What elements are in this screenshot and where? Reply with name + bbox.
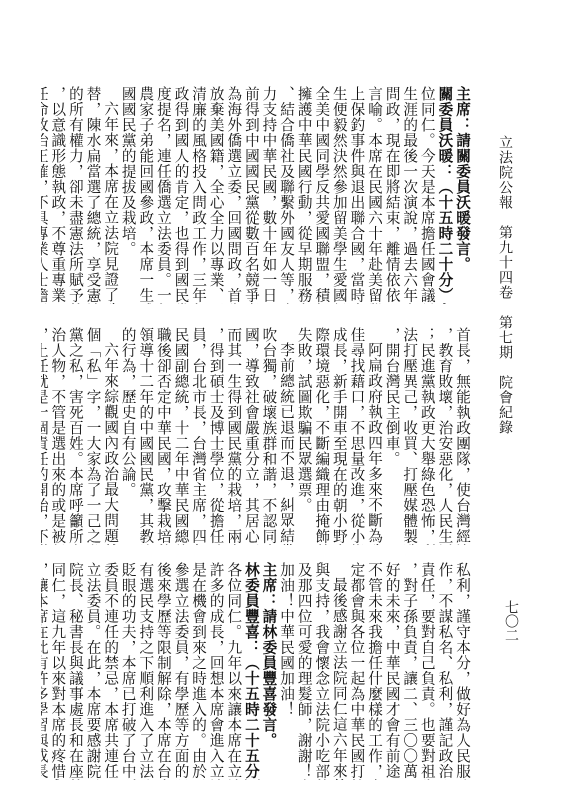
text-column: 阿扁政府執政四年多來不斷為政績不 (365, 327, 383, 545)
text-column: 國，導致社會嚴重分立，其居心可測。 (242, 327, 260, 545)
text-column: 個「私」字，一大家為了一己之私，一 (84, 327, 102, 545)
text-column: 前得到中國國民黨從數百名競爭者提名 (242, 86, 260, 304)
text-column: 清廉的風格投入問政工作，三年努力問 (190, 86, 208, 304)
text-column: 及那四位可愛的理髮師，謝謝！台灣！ (295, 562, 313, 780)
text-column: 黨之私，害死百姓。本席呼籲所有的政 (66, 327, 84, 545)
text-column: 不管未來我擔任什麼樣的工作，本席一 (365, 562, 383, 780)
text-column: 的所有權力，卻未盡憲法所賦予的責任 (66, 86, 84, 304)
text-column: 度提名，連任僑選立法委員。一個僑生 (154, 86, 172, 304)
text-band-1: 主席：請關委員沃暖發言。關委員沃暖：（十五時二十分）主席、各位同仁。今天是本席擔… (41, 86, 471, 304)
speaker-line: 主席：請林委員豐喜發言。 (260, 562, 278, 780)
text-column: 許多的成長，回想本席會進入立法院， (207, 562, 225, 780)
text-column: ，以意識形態執政，不尊重專業，隨意 (49, 86, 67, 304)
text-column: 職後卻否定中華民國，攻擊栽培他及其 (154, 327, 172, 545)
text-column: 領導十二年的中國國民黨，其教壞子孫 (137, 327, 155, 545)
text-column: 失敗，試圖欺騙民眾選票。 (295, 327, 313, 545)
text-column: 、結合僑社及聯繫外國友人等，出錢出 (277, 86, 295, 304)
text-column: 上保釣事件與退出聯合國，當時身為僑 (348, 86, 366, 304)
text-column: 立法委員。在此，本席要感謝院長、副 (84, 562, 102, 780)
text-column: 責任，要對自己負責。也要對祖先負責 (418, 562, 436, 780)
text-column: 言喻。本席在民國六十年赴美留學時遇 (365, 86, 383, 304)
text-column: 好的未來，中華民國才會有前途。我想 (383, 562, 401, 780)
text-column: 員，台北市長，台灣省主席，四年中華 (190, 327, 208, 545)
text-column: 同仁，這九年以來對本席的疼惜與扶持 (49, 562, 67, 780)
text-column: 是在機會到來之時進入的。由於過去要 (190, 562, 208, 780)
text-column: 私利，謹守本分，做好為人民服務的工 (453, 562, 471, 780)
text-column: 農家子弟能回國參政，本席一生感謝中 (137, 86, 155, 304)
text-column: 民國副總統，十二年中華民國總統，退 (172, 327, 190, 545)
text-column: 生便毅然決然參加留美學生愛國組織與 (330, 86, 348, 304)
text-column: 最後感謝立法院同仁這六年來的合作 (330, 562, 348, 780)
text-column: 任命政治正確，不具專業人士擔任部會 (41, 86, 49, 304)
text-column: 而其一生得到國民黨的栽培，兩度留美 (225, 327, 243, 545)
text-column: 治人物，不管是選出來的或是被任命的 (49, 327, 67, 545)
text-column: ，對子孫負責，讓二、三〇〇萬同胞有 (401, 562, 419, 780)
page-number: 七〇二 (502, 600, 520, 642)
text-column: 法打壓異己，收買、打壓媒體製造議題 (401, 327, 419, 545)
text-column: 吹台獨，破壞族群和諧，不認同中華民 (260, 327, 278, 545)
text-column: 擁護中華民國行動，從早期服務留學生 (295, 86, 313, 304)
text-band-3: 私利，謹守本分，做好為人民服務的工作，不謀私名、私利，謹記政治人物的責任，要對自… (41, 562, 471, 780)
text-column: 六年來，本席在立法院見證了政黨輪 (102, 86, 120, 304)
speaker-line: 主席：請關委員沃暖發言。 (453, 86, 471, 304)
text-column: 國國民黨的提拔及栽培。 (119, 86, 137, 304)
text-column: 際環境惡化，不斷編織理由掩飾其執政 (313, 327, 331, 545)
text-column: 參選立法委員，有學歷等方面的限制， (172, 562, 190, 780)
text-column: 各位同仁。九年以來讓本席在立法院有 (225, 562, 243, 780)
text-column: ，得到碩士及博士學位，從擔任政務委 (207, 327, 225, 545)
text-column: ，上任就是一個責任的開始，不謀私名 (41, 327, 49, 545)
text-column: ，讓本席在此有許多學習與成長。九年 (41, 562, 49, 780)
text-column: ，教育敗壞，治安惡化，人民生活痛苦 (436, 327, 454, 545)
speaker-line: 關委員沃暖：（十五時二十分）主席、各 (436, 86, 454, 304)
text-column: 放棄美國籍，全心全力以專業、正義、 (207, 86, 225, 304)
text-column: 李前總統已退而不退，糾眾結黨，鼓 (277, 327, 295, 545)
text-column: 全美中國同學反共愛國聯盟，積極投入 (313, 86, 331, 304)
text-column: 問政，現在即將結束，離情依依，不可 (383, 86, 401, 304)
text-column: 位同仁。今天是本席擔任國會議員六年 (418, 86, 436, 304)
text-column: 後來學歷等限制解除，本席在台中縣所 (154, 562, 172, 780)
text-column: 加油！中華民國加油！ (277, 562, 295, 780)
text-column: 委員不連任的禁忌，本席共連任了三屆 (102, 562, 120, 780)
text-band-2: 首長，無能執政團隊，使台灣經濟沈淪，教育敗壞，治安惡化，人民生活痛苦；民進黨執政… (41, 327, 471, 545)
text-column: 生涯的最後一次演說，過去六年在國會 (401, 86, 419, 304)
text-column: 首長，無能執政團隊，使台灣經濟沈淪 (453, 327, 471, 545)
text-column: ；民進黨執政更大舉綠色恐怖，利用司 (418, 327, 436, 545)
text-column: 的行為，歷史自有公論。 (119, 327, 137, 545)
text-column: 力支持中華民國，數十年如一日。六年 (260, 86, 278, 304)
text-column: 成長，新手開車至現在的朝小野大，國 (330, 327, 348, 545)
text-column: 替，陳水扁當選了總統，享受憲法給予 (84, 86, 102, 304)
text-column: 為海外僑選立委，回國問政，首先本席 (225, 86, 243, 304)
text-column: 六年來綜觀國內政治最大問題就是一 (102, 327, 120, 545)
text-column: 貶眼的功夫，本席已打破了台中縣立法 (119, 562, 137, 780)
text-column: ，開台灣民主倒車。 (383, 327, 401, 545)
speaker-line: 林委員豐喜：（十五時二十五分）主席、 (242, 562, 260, 780)
journal-header: 立法院公報 第九十四卷 第七期 院會紀錄 (496, 135, 514, 435)
text-column: 定都會與各位一起為中華民國打拚。 (348, 562, 366, 780)
text-column: 作，不謀私名、私利，謹記政治人物的 (436, 562, 454, 780)
text-column: 政得到國人的肯定，也得到國民黨的再 (172, 86, 190, 304)
text-column: 佳尋找藉口，不思量改進，從小樹需要 (348, 327, 366, 545)
text-column: 院長、秘書長與議事處長和在座的各位 (66, 562, 84, 780)
text-column: 與支持，我會懷念立法院小吃部的小吃 (313, 562, 331, 780)
text-column: 有選民支持之下順利進入了立法院，一 (137, 562, 155, 780)
